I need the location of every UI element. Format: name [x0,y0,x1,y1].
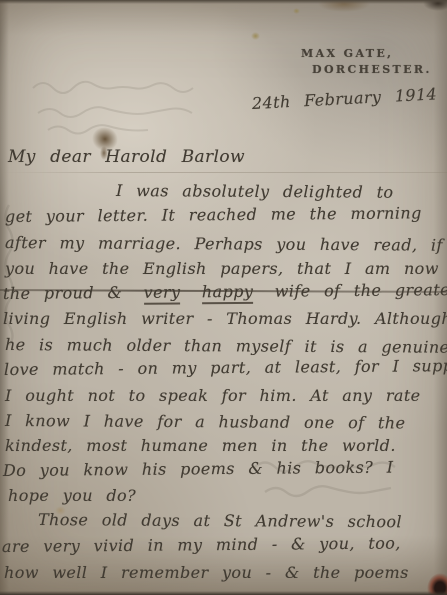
letter-line: get your letter. It reached me the morni… [5,203,422,226]
letter-line: I was absolutely delighted to [116,181,394,202]
letter-photo: MAX GATE, DORCHESTER. 24th February 1914… [0,0,447,595]
underlined-word: happy [202,282,254,304]
paper-crease [0,172,447,173]
letter-line: kindest, most humane men in the world. [5,436,396,455]
letter-line: hope you do? [8,486,136,505]
underlined-word: very [144,282,181,304]
photo-edge [0,0,447,4]
letter-line: living English writer - Thomas Hardy. Al… [3,309,447,328]
letterhead-line2: DORCHESTER. [312,63,432,76]
letter-line: you have the English papers, that I am n… [5,259,439,278]
line-segment: the proud & [3,283,122,303]
line-segment: wife of the greatest [275,280,447,301]
photo-edge [0,591,447,595]
letter-line: Do you know his poems & his books? I [3,458,394,480]
letter-line: love match - on my part, at least, for I… [4,356,447,379]
letter-line: I ought not to speak for him. At any rat… [5,386,421,405]
salutation: My dear Harold Barlow [8,147,245,167]
letter-line: Those old days at St Andrew's school [38,510,402,531]
letter-line: are very vivid in my mind - & you, too, [2,534,401,556]
letter-line: after my marriage. Perhaps you have read… [5,233,443,255]
letter-line: the proud & very happy wife of the great… [3,280,447,303]
letterhead-line1: MAX GATE, [301,47,393,60]
letter-line: I know I have for a husband one of the [5,411,405,432]
letter-line: how well I remember you - & the poems [4,563,409,582]
letter-line: he is much older than myself it is a gen… [5,335,447,357]
